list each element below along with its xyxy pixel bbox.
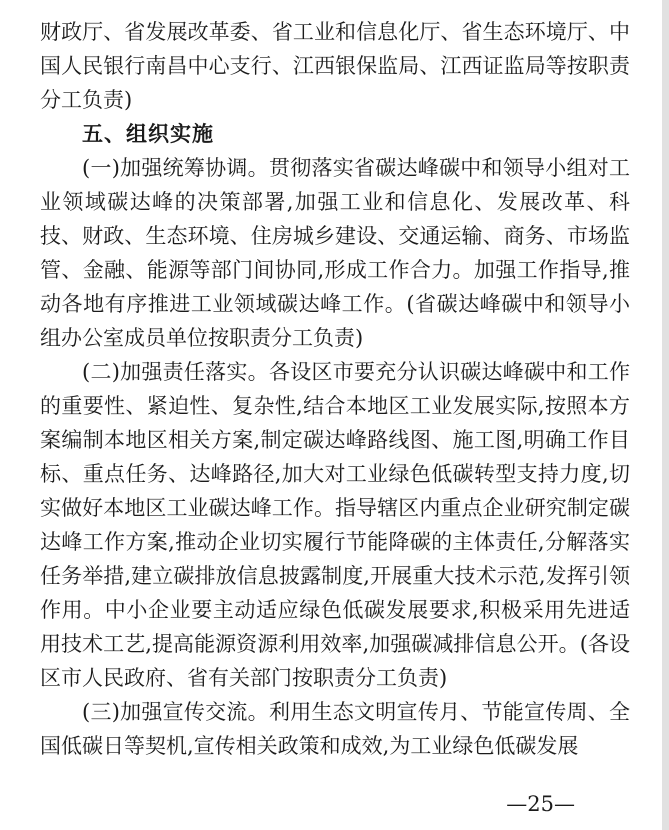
paragraph-1-text: 贯彻落实省碳达峰碳中和领导小组对工业领域碳达峰的决策部署,加强工业和信息化、发展…: [40, 156, 630, 350]
continuation-paragraph: 财政厅、省发展改革委、省工业和信息化厅、省生态环境厅、中国人民银行南昌中心支行、…: [40, 15, 630, 117]
document-page: 财政厅、省发展改革委、省工业和信息化厅、省生态环境厅、中国人民银行南昌中心支行、…: [0, 0, 669, 830]
paragraph-2-lead: (二)加强责任落实。: [82, 360, 269, 384]
page-edge-strip: [662, 0, 669, 830]
paragraph-2: (二)加强责任落实。各设区市要充分认识碳达峰碳中和工作的重要性、紧迫性、复杂性,…: [40, 355, 630, 695]
paragraph-1-lead: (一)加强统筹协调。: [82, 156, 269, 180]
paragraph-3: (三)加强宣传交流。利用生态文明宣传月、节能宣传周、全国低碳日等契机,宣传相关政…: [40, 695, 630, 763]
page-number: —25—: [506, 793, 575, 815]
paragraph-2-text: 各设区市要充分认识碳达峰碳中和工作的重要性、紧迫性、复杂性,结合本地区工业发展实…: [40, 360, 630, 690]
document-body: 财政厅、省发展改革委、省工业和信息化厅、省生态环境厅、中国人民银行南昌中心支行、…: [40, 0, 630, 763]
section-heading: 五、组织实施: [40, 117, 630, 151]
paragraph-1: (一)加强统筹协调。贯彻落实省碳达峰碳中和领导小组对工业领域碳达峰的决策部署,加…: [40, 151, 630, 355]
paragraph-3-lead: (三)加强宣传交流。: [82, 700, 269, 724]
